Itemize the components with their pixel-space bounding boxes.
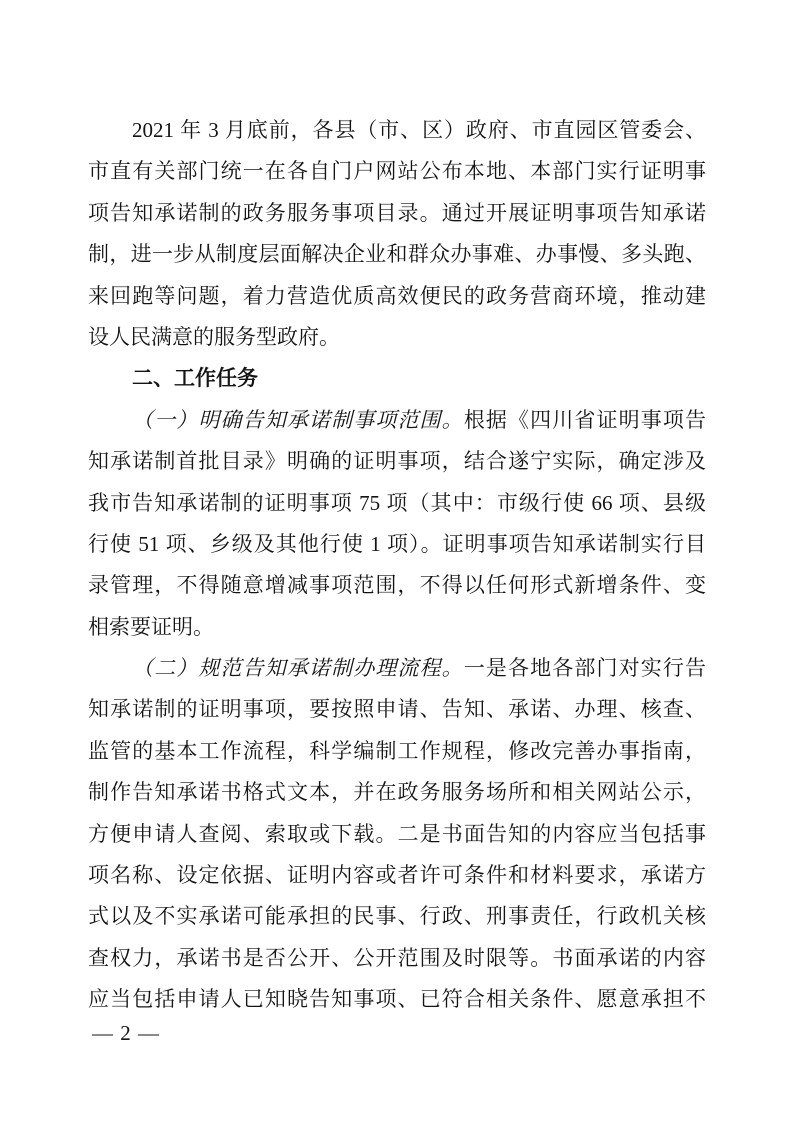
- text-line: 行使 51 项、乡级及其他行使 1 项）。证明事项告知承诺制实行目: [88, 524, 706, 565]
- paragraph-lead-label: （一）明确告知承诺制事项范围。: [132, 408, 464, 432]
- text-line: 相索要证明。: [88, 607, 706, 648]
- text-line: 应当包括申请人已知晓告知事项、已符合相关条件、愿意承担不: [88, 979, 706, 1020]
- paragraph-lead-rest: 根据《四川省证明事项告: [464, 408, 706, 432]
- text-line: 我市告知承诺制的证明事项 75 项（其中：市级行使 66 项、县级: [88, 483, 706, 524]
- document-page: 2021 年 3 月底前，各县（市、区）政府、市直园区管委会、 市直有关部门统一…: [0, 0, 793, 1122]
- text-line: 知承诺制首批目录》明确的证明事项，结合遂宁实际，确定涉及: [88, 441, 706, 482]
- section-heading: 二、工作任务: [88, 358, 706, 399]
- text-line: 来回跑等问题，着力营造优质高效便民的政务营商环境，推动建: [88, 276, 706, 317]
- text-line: 项告知承诺制的政务服务事项目录。通过开展证明事项告知承诺: [88, 193, 706, 234]
- text-line: （二）规范告知承诺制办理流程。一是各地各部门对实行告: [88, 648, 706, 689]
- paragraph-lead-label: （二）规范告知承诺制办理流程。: [132, 656, 464, 680]
- text-line: 2021 年 3 月底前，各县（市、区）政府、市直园区管委会、: [88, 110, 706, 151]
- paragraph-lead-rest: 一是各地各部门对实行告: [464, 656, 706, 680]
- document-body: 2021 年 3 月底前，各县（市、区）政府、市直园区管委会、 市直有关部门统一…: [88, 110, 706, 1021]
- text-line: 项名称、设定依据、证明内容或者许可条件和材料要求，承诺方: [88, 855, 706, 896]
- text-line: 录管理，不得随意增减事项范围，不得以任何形式新增条件、变: [88, 565, 706, 606]
- text-line: 制作告知承诺书格式文本，并在政务服务场所和相关网站公示，: [88, 772, 706, 813]
- text-line: 式以及不实承诺可能承担的民事、行政、刑事责任，行政机关核: [88, 896, 706, 937]
- paragraph-3: （二）规范告知承诺制办理流程。一是各地各部门对实行告 知承诺制的证明事项，要按照…: [88, 648, 706, 1021]
- text-line: 设人民满意的服务型政府。: [88, 317, 706, 358]
- text-line: 市直有关部门统一在各自门户网站公布本地、本部门实行证明事: [88, 151, 706, 192]
- paragraph-2: （一）明确告知承诺制事项范围。根据《四川省证明事项告 知承诺制首批目录》明确的证…: [88, 400, 706, 648]
- text-line: 制，进一步从制度层面解决企业和群众办事难、办事慢、多头跑、: [88, 234, 706, 275]
- text-line: 查权力，承诺书是否公开、公开范围及时限等。书面承诺的内容: [88, 938, 706, 979]
- text-line: 知承诺制的证明事项，要按照申请、告知、承诺、办理、核查、: [88, 689, 706, 730]
- text-line: 方便申请人查阅、索取或下载。二是书面告知的内容应当包括事: [88, 814, 706, 855]
- page-number: — 2 —: [92, 1018, 160, 1048]
- text-line: 监管的基本工作流程，科学编制工作规程，修改完善办事指南，: [88, 731, 706, 772]
- paragraph-1: 2021 年 3 月底前，各县（市、区）政府、市直园区管委会、 市直有关部门统一…: [88, 110, 706, 358]
- text-line: （一）明确告知承诺制事项范围。根据《四川省证明事项告: [88, 400, 706, 441]
